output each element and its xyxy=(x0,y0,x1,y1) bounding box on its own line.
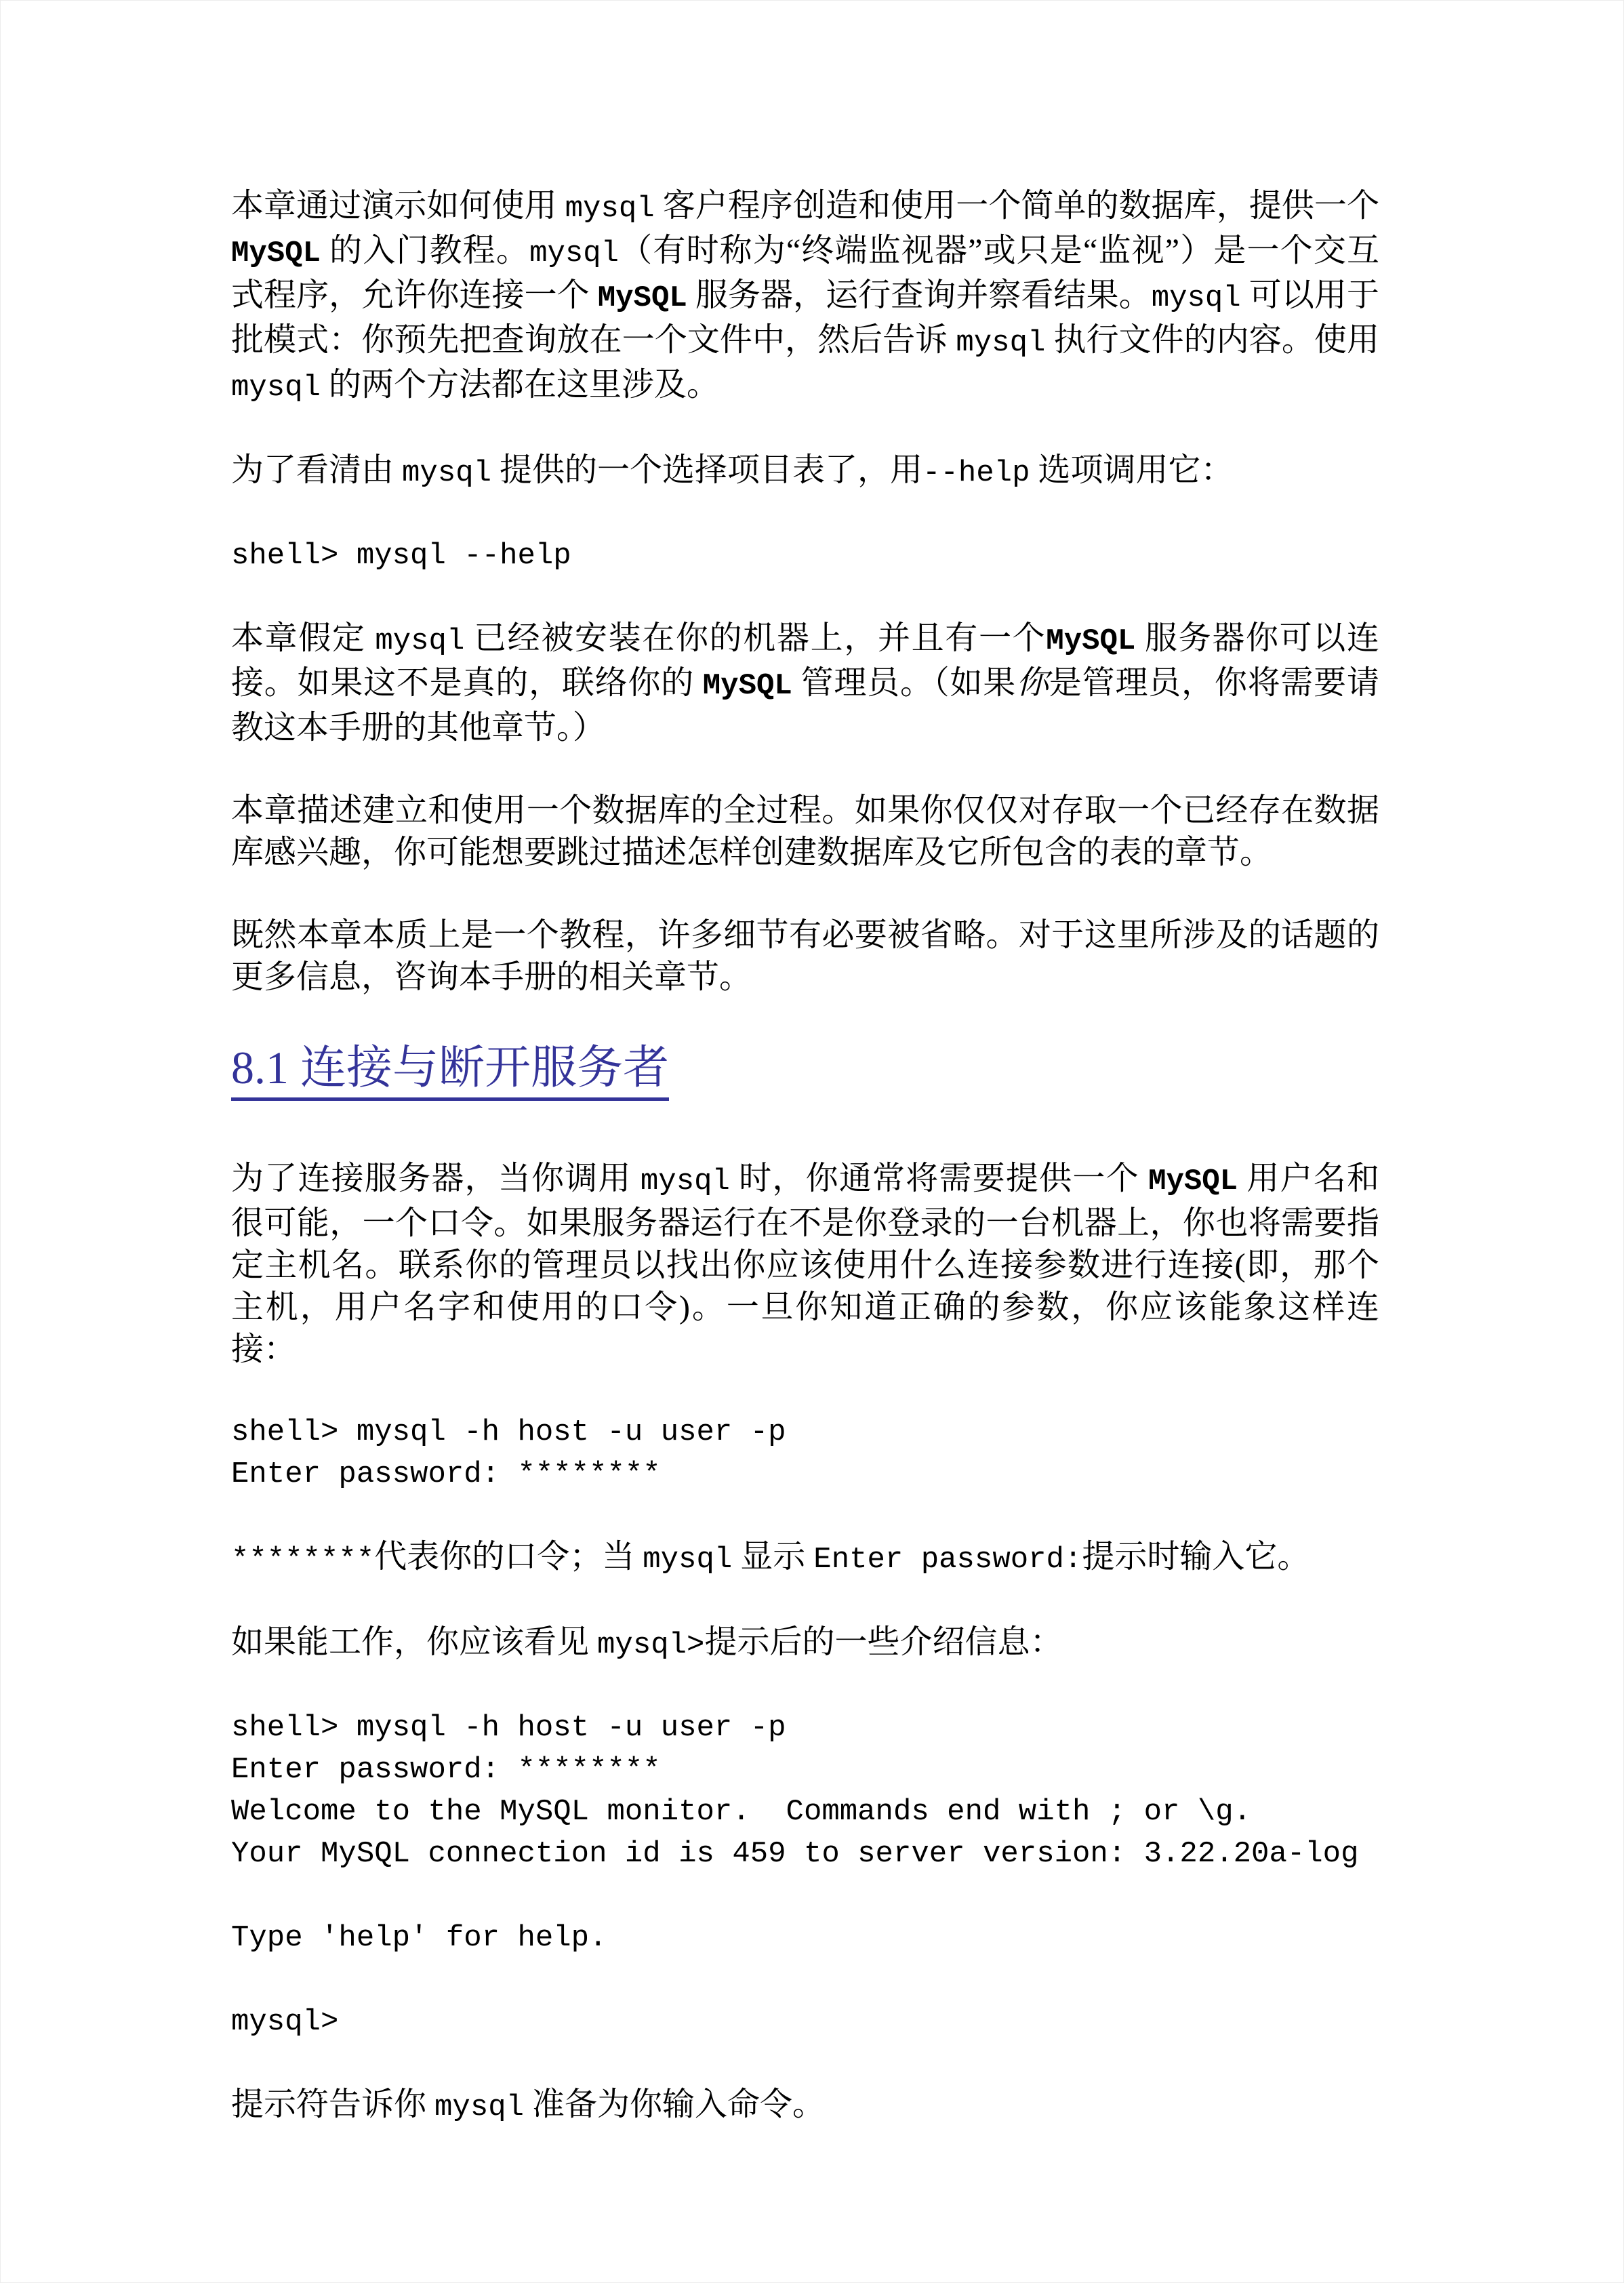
text-run: 客户程序创造和使用一个简单的数据库，提供一个 xyxy=(655,188,1379,224)
paragraph-password-note: ********代表你的口令；当 mysql 显示 Enter password… xyxy=(231,1536,1379,1581)
code-term-mysql-bold: MySQL xyxy=(703,669,792,703)
code-term-mysql: mysql xyxy=(529,237,619,270)
code-term-mysql: mysql xyxy=(402,456,491,490)
text-run: 提示符告诉你 xyxy=(231,2086,434,2122)
text-run: 提示后的一些介绍信息： xyxy=(704,1624,1062,1660)
code-term-mysql: mysql xyxy=(565,192,655,226)
code-term-mysql-bold: MySQL xyxy=(1148,1165,1238,1198)
code-block-welcome-banner: shell> mysql -h host -u user -p Enter pa… xyxy=(231,1707,1379,2043)
text-run: 本章通过演示如何使用 xyxy=(231,188,565,224)
code-term-mysql: mysql xyxy=(231,371,321,405)
document-page: 本章通过演示如何使用 mysql 客户程序创造和使用一个简单的数据库，提供一个 … xyxy=(0,0,1624,2283)
text-run: 代表你的口令；当 xyxy=(374,1539,643,1575)
text-run: 显示 xyxy=(732,1539,813,1575)
text-run: 已经被安装在你的机器上，并且有一个 xyxy=(464,620,1046,656)
paragraph-connect-server: 为了连接服务器，当你调用 mysql 时，你通常将需要提供一个 MySQL 用户… xyxy=(231,1158,1379,1371)
text-run: 的两个方法都在这里涉及。 xyxy=(321,367,719,403)
text-run: 既然本章本质上是一个教程，许多细节有必要被省略。对于这里所涉及的话题的更多信息，… xyxy=(231,917,1379,995)
emphasis-you: 你 xyxy=(1016,665,1049,701)
text-run: 本章描述建立和使用一个数据库的全过程。如果你仅仅对存取一个已经存在数据库感兴趣，… xyxy=(231,792,1379,870)
paragraph-help-option: 为了看清由 mysql 提供的一个选择项目表了，用--help 选项调用它： xyxy=(231,449,1379,494)
paragraph-prompt-ready: 提示符告诉你 mysql 准备为你输入命令。 xyxy=(231,2084,1379,2128)
code-term-mysql: mysql xyxy=(375,624,464,658)
code-term-mysql: mysql xyxy=(641,1165,730,1198)
code-term-mysql-bold: MySQL xyxy=(598,281,687,315)
code-term-mysql: mysql xyxy=(434,2090,524,2124)
text-run: 选项调用它： xyxy=(1030,452,1234,488)
code-block-connect-command: shell> mysql -h host -u user -p Enter pa… xyxy=(231,1411,1379,1495)
text-run: 为了看清由 xyxy=(231,452,402,488)
code-block-mysql-help: shell> mysql --help xyxy=(231,535,1379,577)
text-run: 管理员。（如果 xyxy=(792,665,1016,701)
text-run: 如果能工作，你应该看见 xyxy=(231,1624,597,1660)
code-term-help-flag: --help xyxy=(922,456,1030,490)
code-term-mysql-prompt: mysql> xyxy=(597,1628,704,1662)
code-term-mysql: mysql xyxy=(643,1543,732,1577)
section-heading-link[interactable]: 8.1 连接与断开服务者 xyxy=(231,1042,669,1101)
code-term-enter-password: Enter password: xyxy=(813,1543,1082,1577)
text-run: 为了连接服务器，当你调用 xyxy=(231,1160,641,1196)
code-term-mysql-bold: MySQL xyxy=(231,237,321,270)
paragraph-assumptions: 本章假定 mysql 已经被安装在你的机器上，并且有一个MySQL 服务器你可以… xyxy=(231,618,1379,749)
text-run: 提供的一个选择项目表了，用 xyxy=(491,452,922,488)
text-run: 的入门教程。 xyxy=(321,233,529,268)
paragraph-intro-info: 如果能工作，你应该看见 mysql>提示后的一些介绍信息： xyxy=(231,1621,1379,1666)
code-term-mysql-bold: MySQL xyxy=(1046,624,1135,658)
text-run: 时，你通常将需要提供一个 xyxy=(730,1160,1148,1196)
code-term-asterisks: ******** xyxy=(231,1543,374,1577)
text-run: 服务器，运行查询并察看结果。 xyxy=(687,277,1152,313)
paragraph-intro: 本章通过演示如何使用 mysql 客户程序创造和使用一个简单的数据库，提供一个 … xyxy=(231,185,1379,409)
text-run: 执行文件的内容。使用 xyxy=(1045,322,1379,358)
text-run: 准备为你输入命令。 xyxy=(524,2086,825,2122)
text-run: 本章假定 xyxy=(231,620,375,656)
section-heading-8-1: 8.1 连接与断开服务者 xyxy=(231,1039,1379,1097)
paragraph-tutorial-note: 既然本章本质上是一个教程，许多细节有必要被省略。对于这里所涉及的话题的更多信息，… xyxy=(231,914,1379,998)
paragraph-chapter-scope: 本章描述建立和使用一个数据库的全过程。如果你仅仅对存取一个已经存在数据库感兴趣，… xyxy=(231,790,1379,874)
code-term-mysql: mysql xyxy=(1152,281,1241,315)
text-run: 提示时输入它。 xyxy=(1082,1539,1310,1575)
code-term-mysql: mysql xyxy=(956,326,1045,360)
